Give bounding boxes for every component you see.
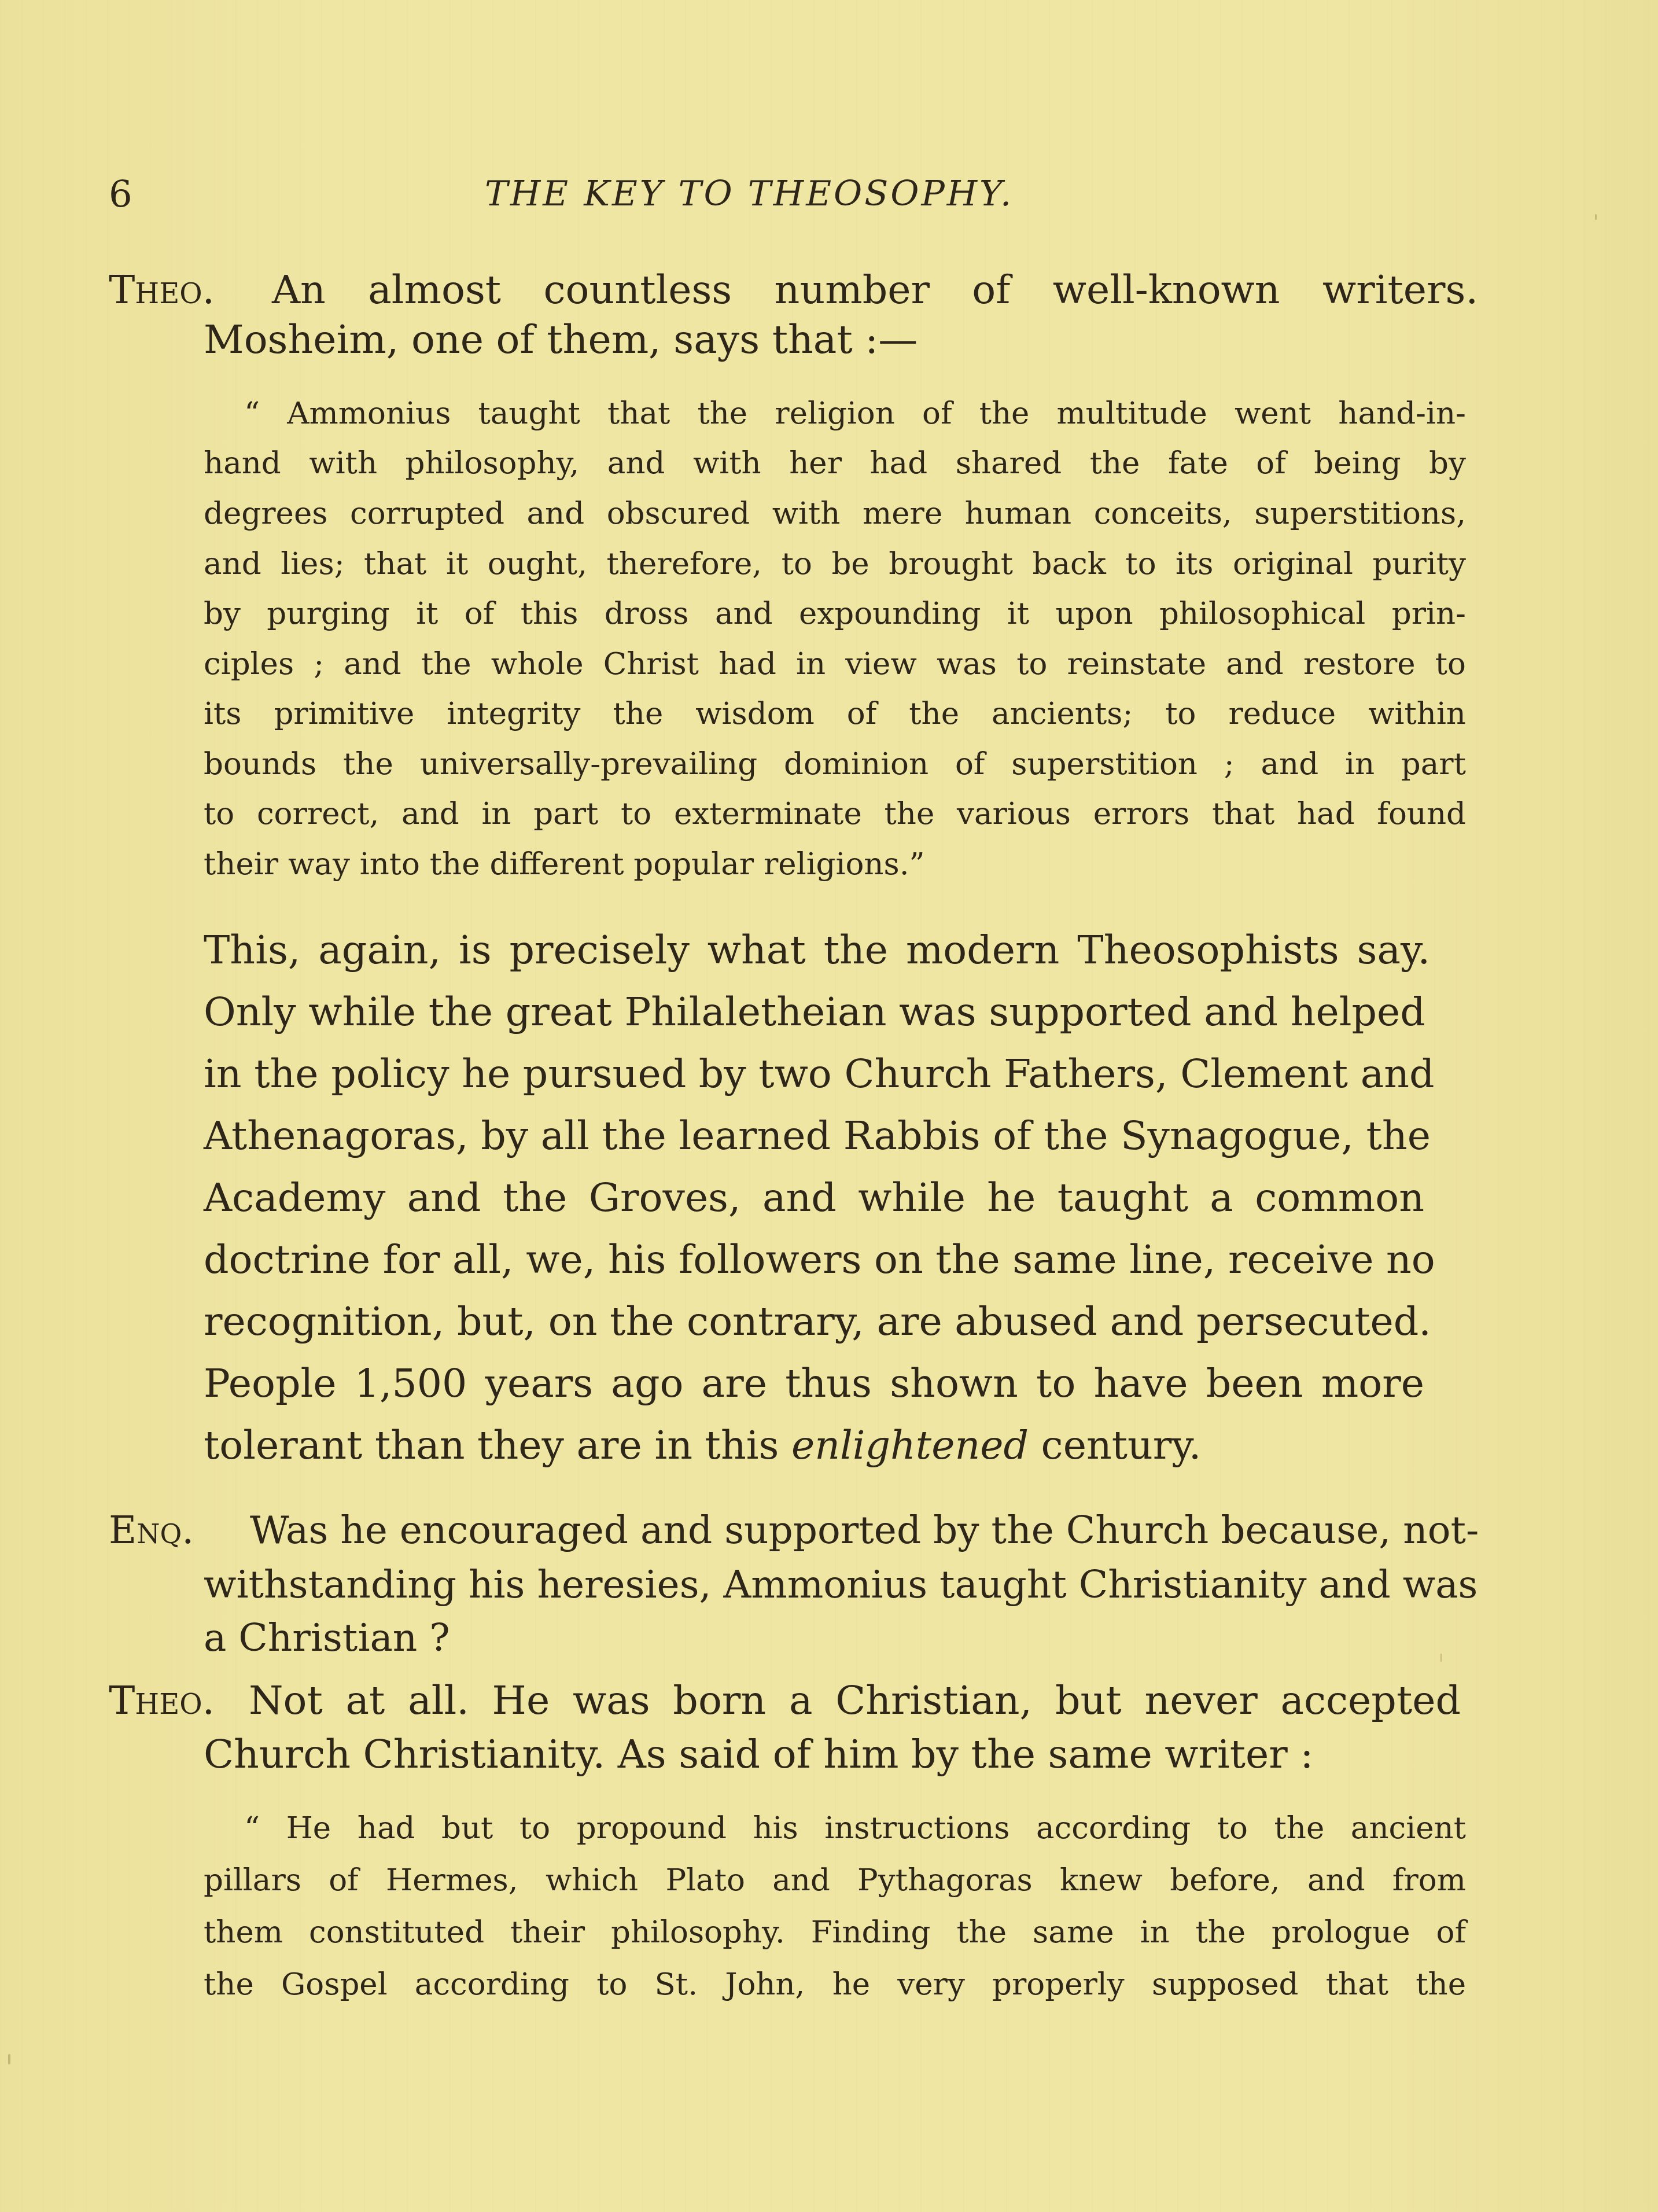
quote-line: its primitive integrity the wisdom of th… bbox=[204, 696, 1466, 731]
paragraph-line: This, again, is precisely what the moder… bbox=[204, 928, 1430, 973]
emphasis-text: enlightened bbox=[791, 1423, 1029, 1468]
quote-line: them constituted their philosophy. Findi… bbox=[204, 1915, 1466, 1950]
quote-line: pillars of Hermes, which Plato and Pytha… bbox=[204, 1863, 1466, 1898]
dialogue-line: Church Christianity. As said of him by t… bbox=[204, 1732, 1313, 1777]
dialogue-line: a Christian ? bbox=[204, 1615, 450, 1660]
running-title: THE KEY TO THEOSOPHY. bbox=[485, 174, 1014, 214]
text-run: tolerant than they are in this bbox=[204, 1423, 779, 1468]
text-run: century. bbox=[1041, 1423, 1202, 1468]
paragraph-last-line: tolerant than they are in this enlighten… bbox=[204, 1423, 1201, 1468]
paragraph-line: in the policy he pursued by two Church F… bbox=[204, 1051, 1424, 1097]
dialogue-line: An almost countless number of well-known… bbox=[272, 267, 1478, 313]
quote-line: and lies; that it ought, therefore, to b… bbox=[204, 546, 1466, 581]
paragraph-line: Only while the great Philaletheian was s… bbox=[204, 989, 1424, 1035]
quote-line: bounds the universally-prevailing domini… bbox=[204, 746, 1466, 782]
quote-line: hand with philosophy, and with her had s… bbox=[204, 446, 1466, 481]
page-number: 6 bbox=[109, 174, 132, 216]
quote-line: to correct, and in part to exterminate t… bbox=[204, 796, 1466, 831]
paper-speck bbox=[1440, 1654, 1442, 1662]
paragraph-line: People 1,500 years ago are thus shown to… bbox=[204, 1361, 1424, 1407]
dialogue-line: withstanding his heresies, Ammonius taug… bbox=[204, 1562, 1453, 1607]
quote-line: degrees corrupted and obscured with mere… bbox=[204, 496, 1466, 531]
paragraph-line: Athenagoras, by all the learned Rabbis o… bbox=[204, 1113, 1424, 1159]
dialogue-line: Not at all. He was born a Christian, but… bbox=[249, 1678, 1461, 1724]
paragraph-line: recognition, but, on the contrary, are a… bbox=[204, 1299, 1430, 1345]
quote-line: ciples ; and the whole Christ had in vie… bbox=[204, 646, 1466, 682]
paragraph-line: doctrine for all, we, his followers on t… bbox=[204, 1237, 1424, 1283]
paragraph-line: Academy and the Groves, and while he tau… bbox=[204, 1175, 1424, 1221]
quote-line: “ Ammonius taught that the religion of t… bbox=[244, 396, 1466, 431]
quote-line: “ He had but to propound his instruction… bbox=[244, 1810, 1466, 1846]
quote-line: their way into the different popular rel… bbox=[204, 846, 925, 882]
quote-line: by purging it of this dross and expoundi… bbox=[204, 596, 1466, 631]
paper-speck bbox=[8, 2054, 10, 2064]
dialogue-line: Mosheim, one of them, says that :— bbox=[204, 317, 918, 363]
quote-line: the Gospel according to St. John, he ver… bbox=[204, 1967, 1466, 2002]
speaker-label-enq: Enq. bbox=[109, 1508, 194, 1552]
dialogue-line: Was he encouraged and supported by the C… bbox=[250, 1508, 1453, 1552]
speaker-label-theo: Theo. bbox=[109, 1678, 215, 1724]
book-page: 6 THE KEY TO THEOSOPHY. Theo. An almost … bbox=[0, 0, 1658, 2212]
paper-speck bbox=[1595, 214, 1597, 220]
speaker-label-theo: Theo. bbox=[109, 267, 215, 313]
